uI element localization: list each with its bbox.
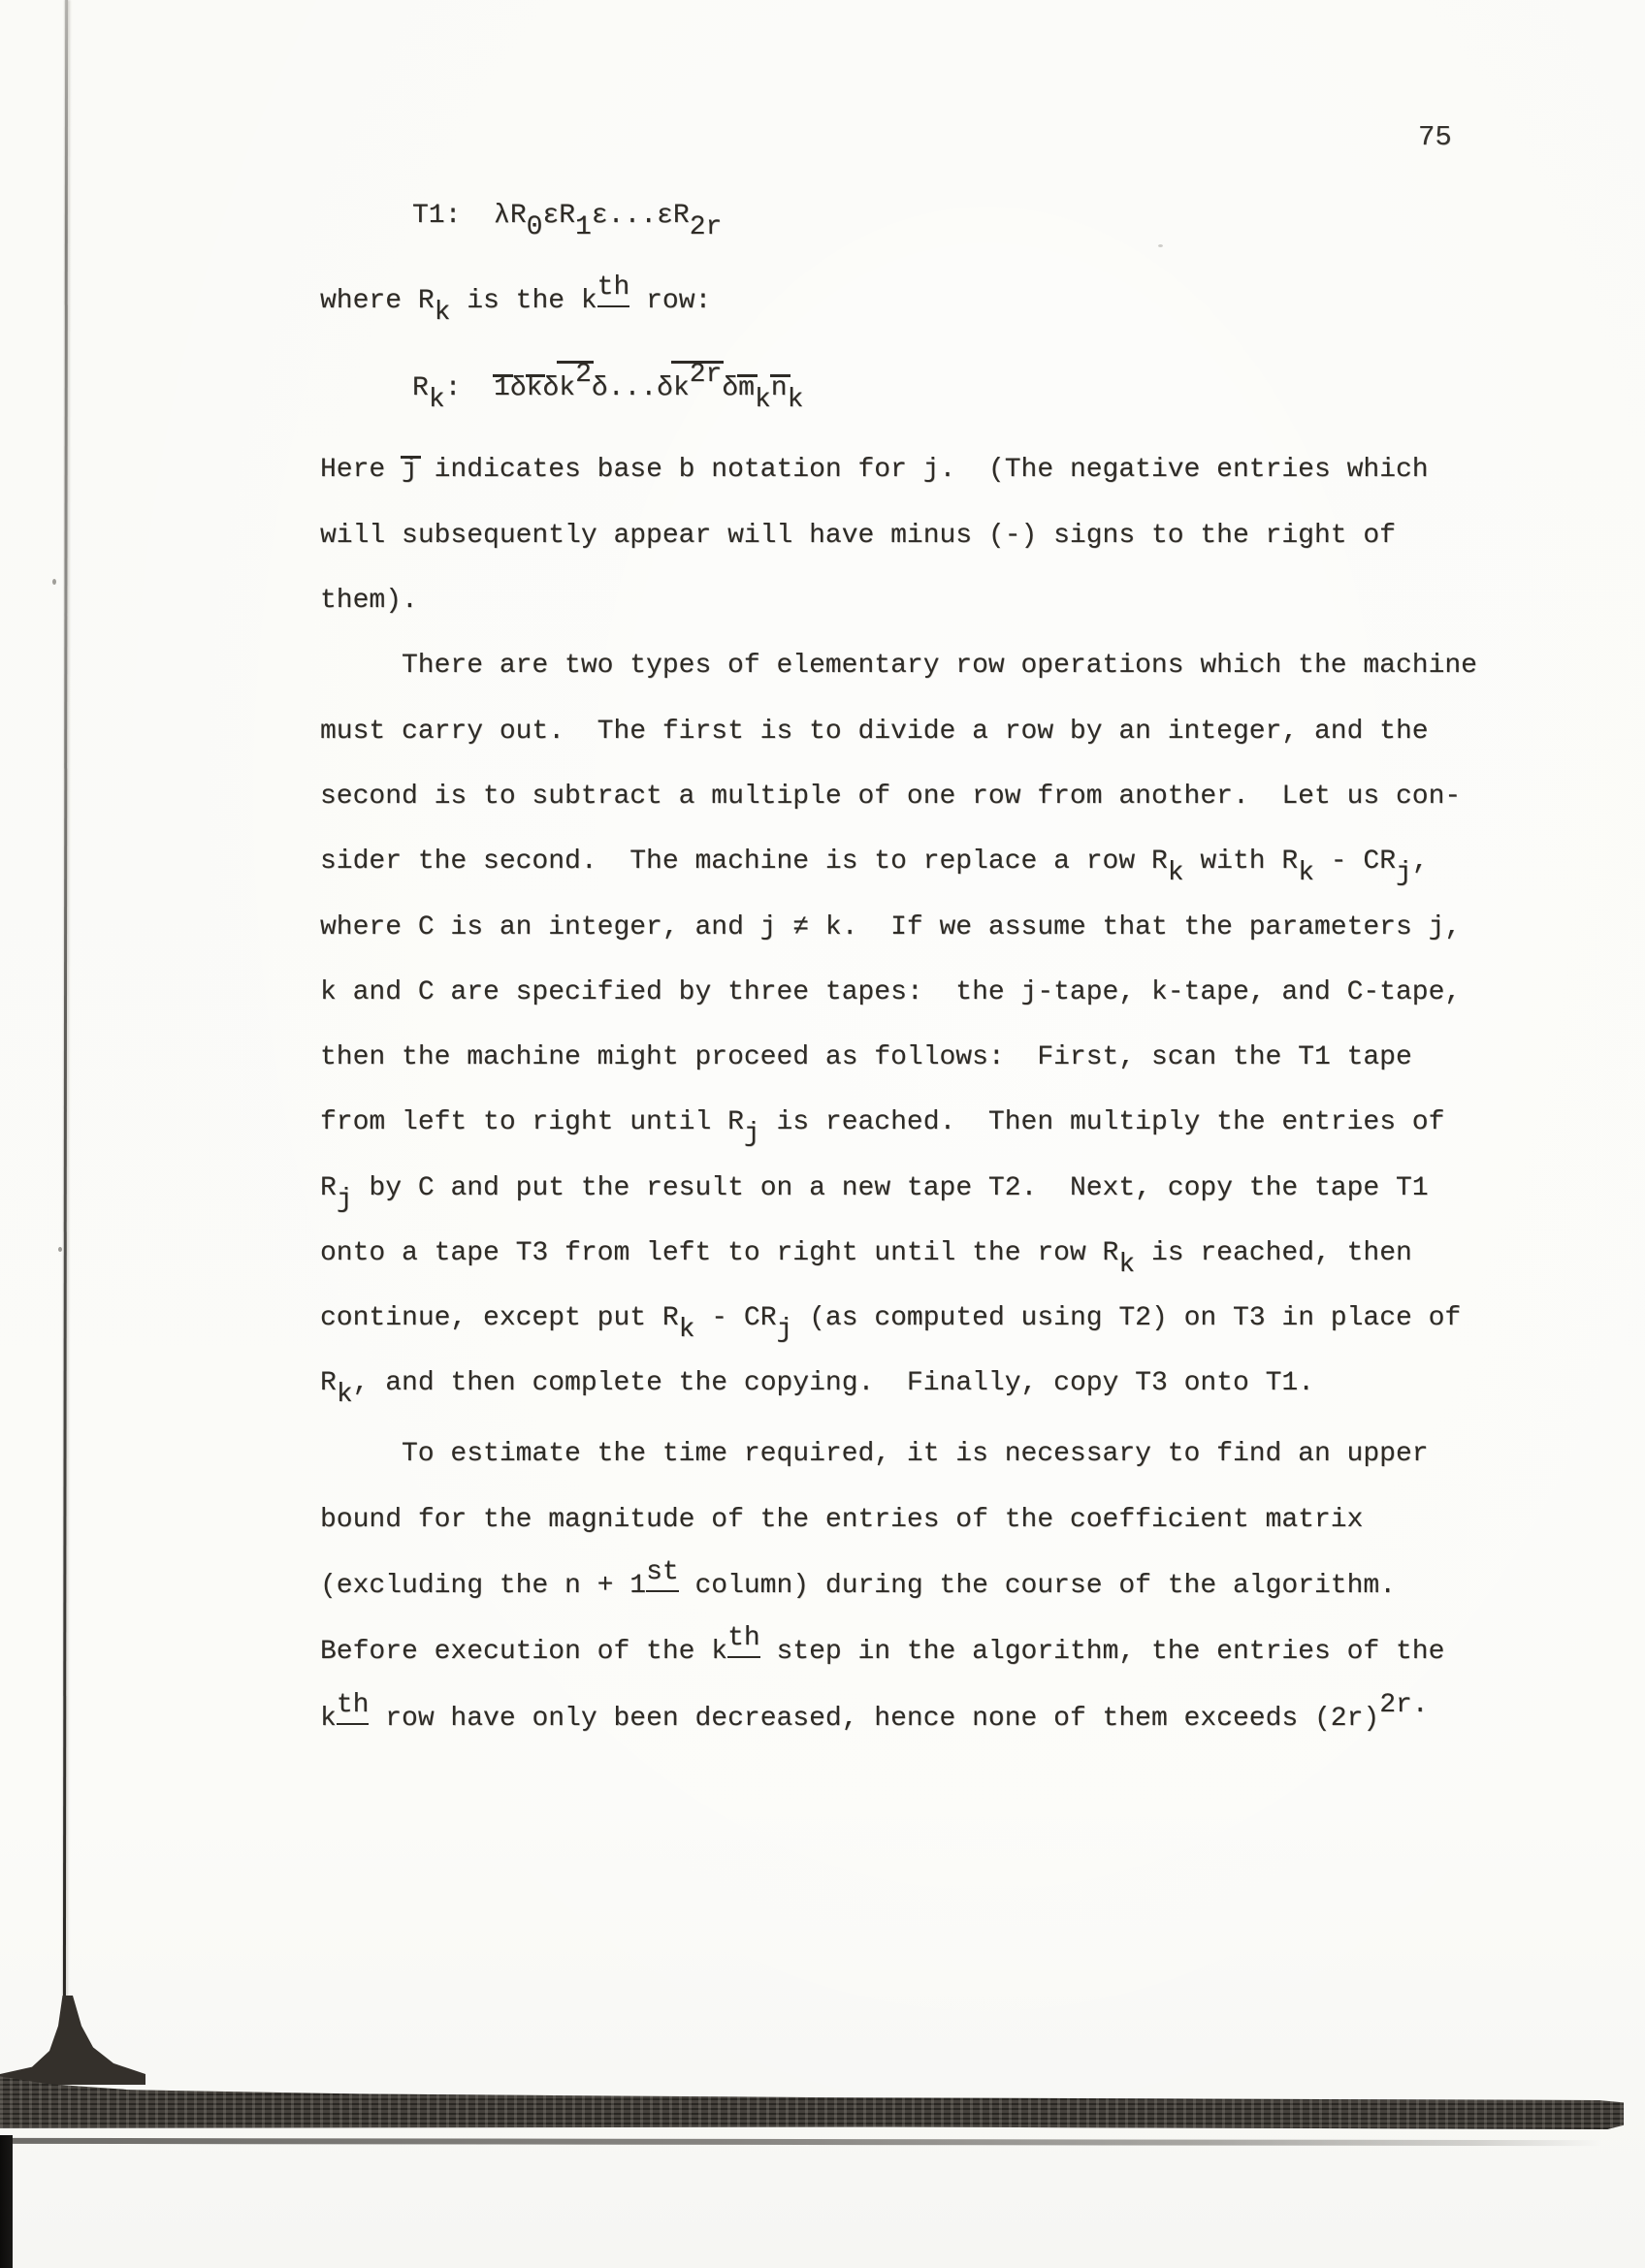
text-line: kth row have only been decreased, hence … bbox=[320, 1703, 1429, 1739]
text-line: sider the second. The machine is to repl… bbox=[320, 846, 1429, 878]
text-line: (excluding the n + 1st column) during th… bbox=[320, 1570, 1396, 1606]
text-line: continue, except put Rk - CRj (as comput… bbox=[320, 1302, 1461, 1335]
text-line: where C is an integer, and j ≠ k. If we … bbox=[320, 911, 1461, 944]
scan-speck bbox=[1158, 244, 1163, 247]
text-line: There are two types of elementary row op… bbox=[402, 650, 1477, 683]
text-line: from left to right until Rj is reached. … bbox=[320, 1106, 1444, 1139]
text-line: Rk, and then complete the copying. Final… bbox=[320, 1367, 1314, 1400]
text-line: them). bbox=[320, 585, 418, 618]
line-where-rk-row: where Rk is the kth row: bbox=[320, 285, 711, 321]
text-line: onto a tape T3 from left to right until … bbox=[320, 1237, 1412, 1270]
text-line: To estimate the time required, it is nec… bbox=[402, 1438, 1429, 1471]
text-line: Before execution of the kth step in the … bbox=[320, 1636, 1444, 1672]
scan-bottom-shadow bbox=[0, 2138, 1602, 2146]
text-line: bound for the magnitude of the entries o… bbox=[320, 1504, 1363, 1537]
text-line: Rj by C and put the result on a new tape… bbox=[320, 1172, 1429, 1205]
text-line: second is to subtract a multiple of one … bbox=[320, 781, 1461, 814]
scan-gutter-line bbox=[63, 0, 68, 2022]
formula-t1-tape: T1: λR0εR1ε...εR2r bbox=[412, 200, 722, 233]
scan-speck bbox=[52, 579, 56, 585]
scanned-document-page: 75 T1: λR0εR1ε...εR2rwhere Rk is the kth… bbox=[0, 0, 1645, 2268]
text-line: Here j indicates base b notation for j. … bbox=[320, 454, 1429, 487]
scan-speck bbox=[58, 1247, 62, 1252]
scan-bottom-band bbox=[0, 2071, 1624, 2129]
text-line: k and C are specified by three tapes: th… bbox=[320, 976, 1461, 1009]
scan-gutter-flare bbox=[0, 1996, 145, 2085]
text-line: will subsequently appear will have minus… bbox=[320, 520, 1396, 553]
text-line: must carry out. The first is to divide a… bbox=[320, 716, 1429, 749]
page-number: 75 bbox=[1418, 122, 1452, 153]
scan-corner-strip bbox=[0, 2135, 13, 2268]
formula-rk-row: Rk: 1δkδk2δ...δk2rδmknk bbox=[412, 372, 803, 405]
text-line: then the machine might proceed as follow… bbox=[320, 1041, 1412, 1074]
